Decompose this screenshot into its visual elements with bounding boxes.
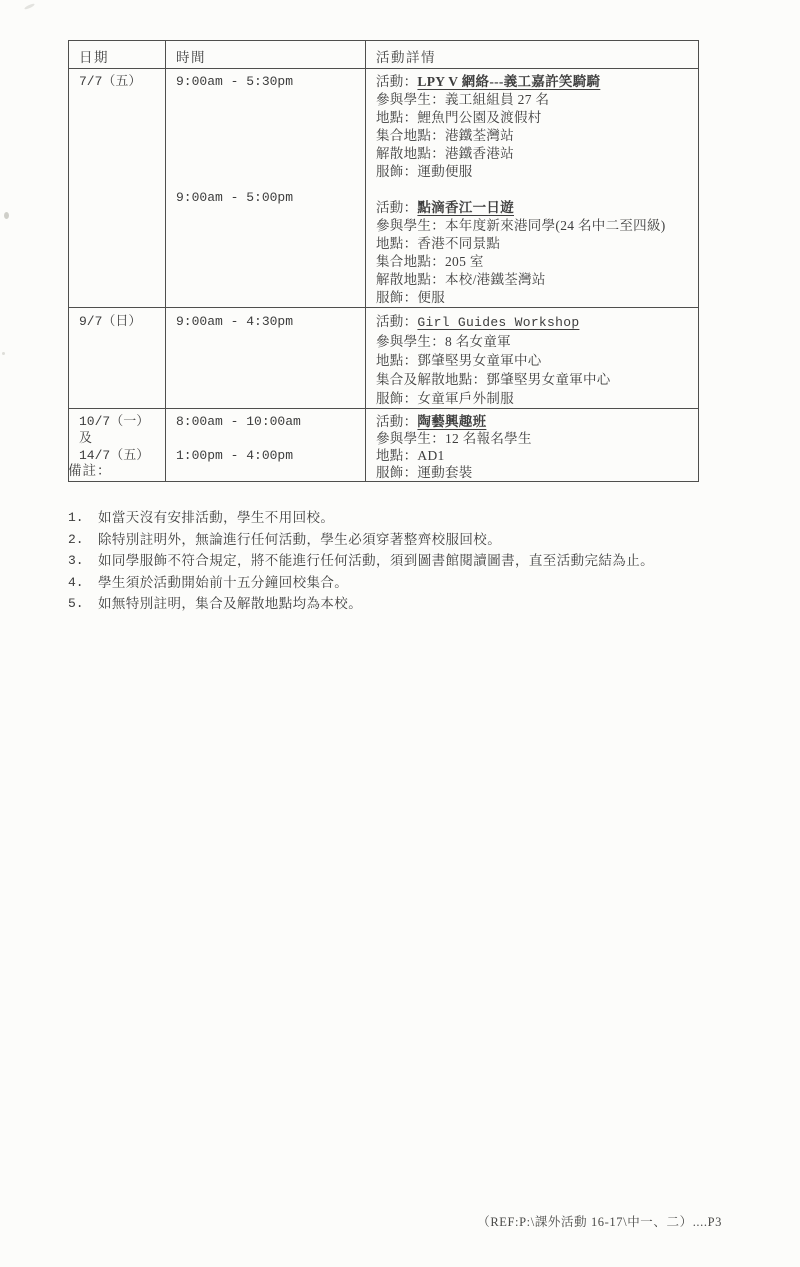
details-cell: 活動：Girl Guides Workshop參與學生：8 名女童軍地點：鄧肇堅… xyxy=(366,308,699,409)
time-cell: 9:00am - 4:30pm xyxy=(166,308,366,409)
date-value: 10/7（一） xyxy=(79,413,159,430)
time-value: 9:00am - 5:30pm xyxy=(176,73,359,91)
note-number: 4. xyxy=(68,572,98,594)
column-header: 活動詳情 xyxy=(366,41,699,69)
note-text: 如無特別註明，集合及解散地點均為本校。 xyxy=(98,593,362,615)
note-item: 5.如無特別註明，集合及解散地點均為本校。 xyxy=(68,593,748,615)
scanned-document-page: 日期時間活動詳情 7/7（五）9:00am - 5:30pm9:00am - 5… xyxy=(0,0,800,1267)
notes-section: 備註： 1.如當天沒有安排活動，學生不用回校。2.除特別註明外，無論進行任何活動… xyxy=(68,462,748,615)
activity-detail-line: 集合地點：205 室 xyxy=(376,253,692,271)
activity-block: 活動：Girl Guides Workshop參與學生：8 名女童軍地點：鄧肇堅… xyxy=(376,312,692,408)
table-row: 7/7（五）9:00am - 5:30pm9:00am - 5:00pm活動：L… xyxy=(69,69,699,308)
scan-artifact-speck xyxy=(2,352,5,355)
note-item: 2.除特別註明外，無論進行任何活動，學生必須穿著整齊校服回校。 xyxy=(68,529,748,551)
column-header: 日期 xyxy=(69,41,166,69)
activity-title-line: 活動：點滴香江一日遊 xyxy=(376,199,692,217)
activity-detail-line: 解散地點：本校/港鐵荃灣站 xyxy=(376,271,692,289)
note-number: 2. xyxy=(68,529,98,551)
activity-label: 活動： xyxy=(376,414,417,429)
activity-title-line: 活動：Girl Guides Workshop xyxy=(376,312,692,332)
activity-detail-line: 參與學生：本年度新來港同學(24 名中二至四級) xyxy=(376,217,692,235)
note-item: 3.如同學服飾不符合規定，將不能進行任何活動，須到圖書館閱讀圖書，直至活動完結為… xyxy=(68,550,748,572)
date-cell: 9/7（日） xyxy=(69,308,166,409)
activity-detail-line: 參與學生：8 名女童軍 xyxy=(376,332,692,351)
note-item: 1.如當天沒有安排活動，學生不用回校。 xyxy=(68,507,748,529)
activity-title-line: 活動：LPY V 網絡---義工嘉許笑騎騎 xyxy=(376,73,692,91)
note-text: 如當天沒有安排活動，學生不用回校。 xyxy=(98,507,334,529)
activity-schedule-table: 日期時間活動詳情 7/7（五）9:00am - 5:30pm9:00am - 5… xyxy=(68,40,699,482)
date-value: 及 xyxy=(79,430,159,447)
activity-detail-line: 地點：香港不同景點 xyxy=(376,235,692,253)
activity-detail-line: 解散地點：港鐵香港站 xyxy=(376,145,692,163)
notes-list: 1.如當天沒有安排活動，學生不用回校。2.除特別註明外，無論進行任何活動，學生必… xyxy=(68,507,748,615)
activity-detail-line: 服飾：便服 xyxy=(376,289,692,307)
activity-label: 活動： xyxy=(376,314,417,329)
activity-block: 活動：LPY V 網絡---義工嘉許笑騎騎參與學生：義工組組員 27 名地點：鯉… xyxy=(376,73,692,181)
note-text: 除特別註明外，無論進行任何活動，學生必須穿著整齊校服回校。 xyxy=(98,529,501,551)
note-number: 5. xyxy=(68,593,98,615)
scan-artifact-speck xyxy=(4,212,9,219)
date-cell: 7/7（五） xyxy=(69,69,166,308)
note-number: 3. xyxy=(68,550,98,572)
activity-block: 活動：點滴香江一日遊參與學生：本年度新來港同學(24 名中二至四級)地點：香港不… xyxy=(376,199,692,307)
note-item: 4.學生須於活動開始前十五分鐘回校集合。 xyxy=(68,572,748,594)
activity-title: LPY V 網絡---義工嘉許笑騎騎 xyxy=(417,74,600,89)
activity-label: 活動： xyxy=(376,74,417,89)
activity-detail-line: 地點：鄧肇堅男女童軍中心 xyxy=(376,351,692,370)
footer-reference: （REF:P:\課外活動 16-17\中一、二）....P3 xyxy=(477,1212,722,1230)
activity-label: 活動： xyxy=(376,200,417,215)
date-value: 9/7（日） xyxy=(79,312,159,331)
time-value: 9:00am - 4:30pm xyxy=(176,312,359,331)
note-text: 學生須於活動開始前十五分鐘回校集合。 xyxy=(98,572,348,594)
notes-heading: 備註： xyxy=(68,462,748,480)
date-value: 7/7（五） xyxy=(79,73,159,91)
activity-detail-line: 集合及解散地點：鄧肇堅男女童軍中心 xyxy=(376,370,692,389)
activity-detail-line: 參與學生：12 名報名學生 xyxy=(376,430,692,447)
time-value: 8:00am - 10:00am xyxy=(176,413,359,430)
activity-detail-line: 地點：鯉魚門公園及渡假村 xyxy=(376,109,692,127)
activity-detail-line: 服飾：女童軍戶外制服 xyxy=(376,389,692,408)
note-text: 如同學服飾不符合規定，將不能進行任何活動，須到圖書館閱讀圖書，直至活動完結為止。 xyxy=(98,550,654,572)
time-value: 9:00am - 5:00pm xyxy=(176,189,359,207)
activity-detail-line: 集合地點：港鐵荃灣站 xyxy=(376,127,692,145)
scan-artifact-speck xyxy=(24,3,35,10)
details-cell: 活動：LPY V 網絡---義工嘉許笑騎騎參與學生：義工組組員 27 名地點：鯉… xyxy=(366,69,699,308)
table-row: 9/7（日）9:00am - 4:30pm活動：Girl Guides Work… xyxy=(69,308,699,409)
activity-title-line: 活動：陶藝興趣班 xyxy=(376,413,692,430)
time-cell: 9:00am - 5:30pm9:00am - 5:00pm xyxy=(166,69,366,308)
activity-title: 點滴香江一日遊 xyxy=(417,200,514,215)
activity-title: Girl Guides Workshop xyxy=(417,315,579,330)
activity-title: 陶藝興趣班 xyxy=(417,414,486,429)
activity-detail-line: 參與學生：義工組組員 27 名 xyxy=(376,91,692,109)
column-header: 時間 xyxy=(166,41,366,69)
table-header-row: 日期時間活動詳情 xyxy=(69,41,699,69)
activity-detail-line: 服飾：運動便服 xyxy=(376,163,692,181)
note-number: 1. xyxy=(68,507,98,529)
